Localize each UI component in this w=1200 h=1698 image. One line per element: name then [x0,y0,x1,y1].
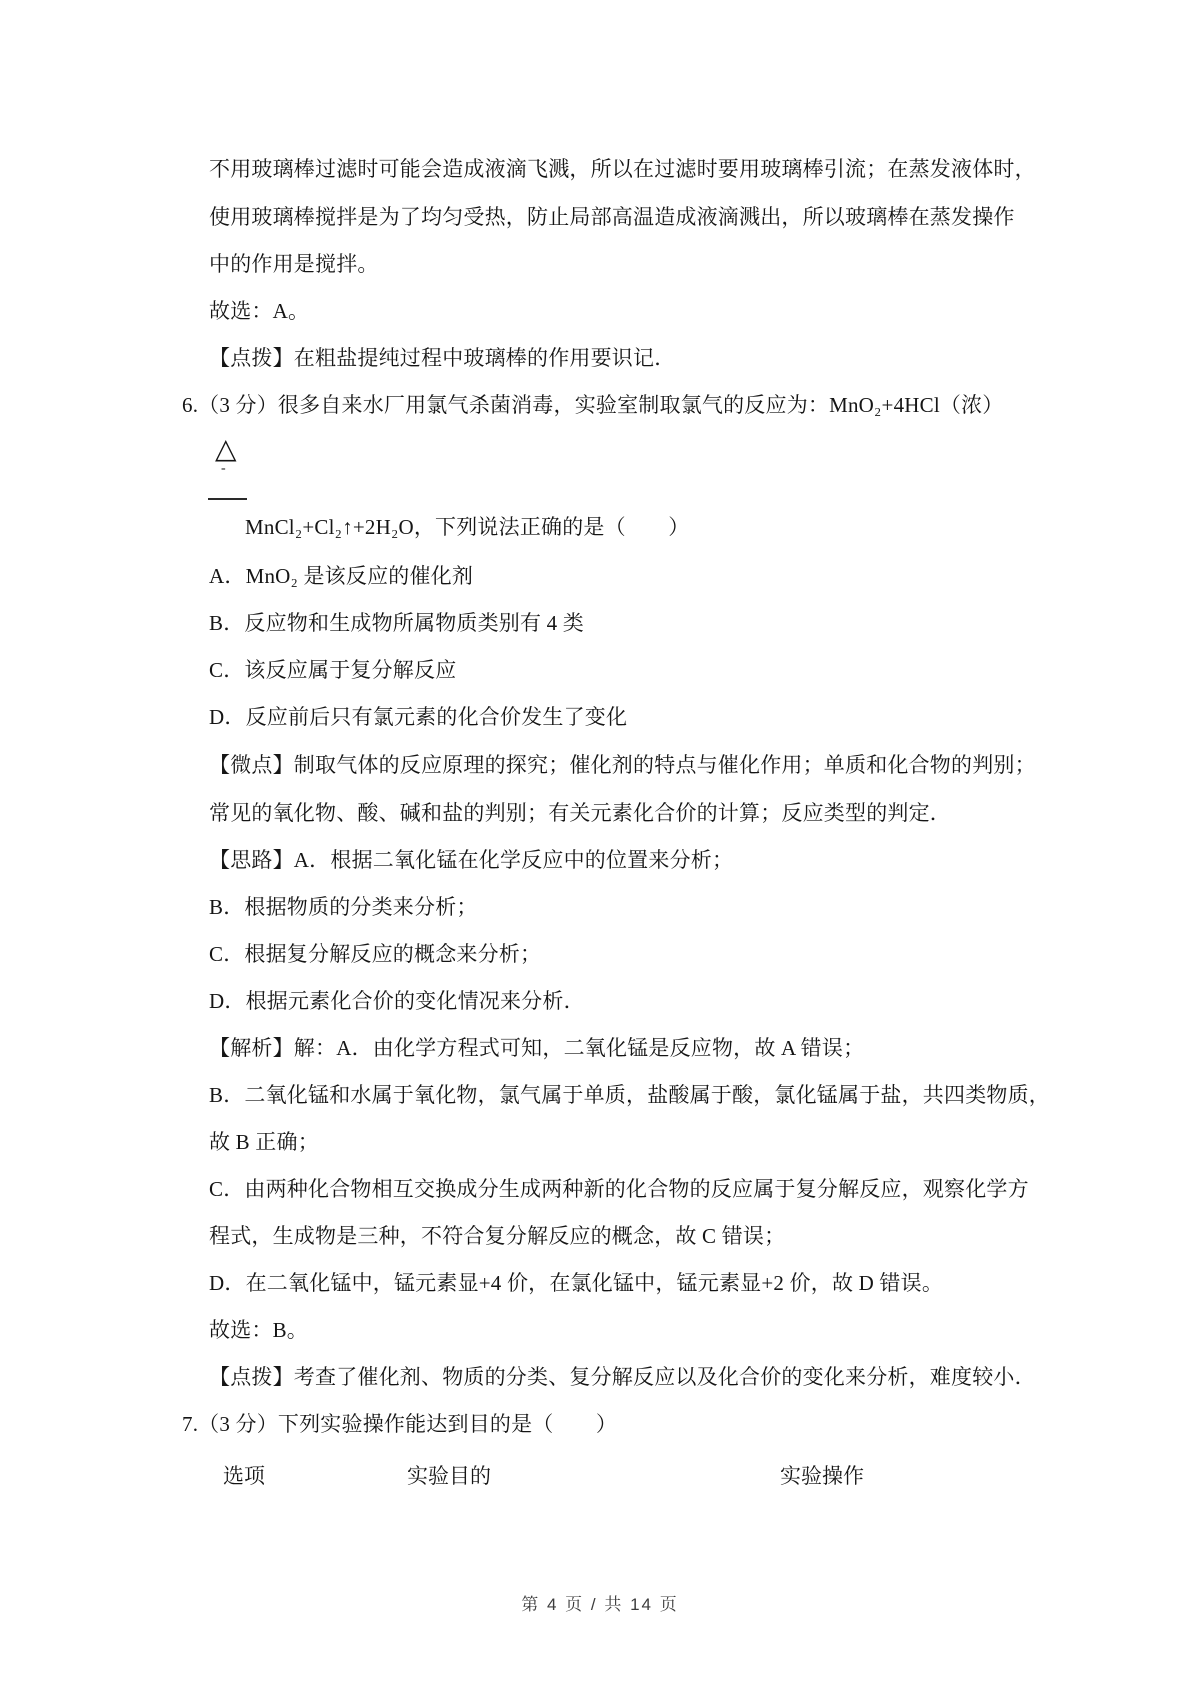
q7-table-header-operation: 实验操作 [780,1453,864,1500]
q6-micro-points-line-2: 常见的氧化物、酸、碱和盐的判别；有关元素化合价的计算；反应类型的判定． [209,790,951,837]
exam-document-page: 不用玻璃棒过滤时可能会造成液滴飞溅，所以在过滤时要用玻璃棒引流；在蒸发液体时， … [0,0,1200,1698]
q6-option-a: A．MnO₂ 是该反应的催化剂 [209,553,473,600]
q6-analysis-line-1: 【解析】解：A．由化学方程式可知，二氧化锰是反应物，故 A 错误； [209,1025,864,1072]
q6-analysis-line-3: 故 B 正确； [209,1119,319,1166]
q6-analysis-line-5: 程式，生成物是三种，不符合复分解反应的概念，故 C 错误； [209,1213,785,1260]
q6-approach-line-4: D．根据元素化合价的变化情况来分析． [209,978,585,1025]
q6-option-d: D．反应前后只有氯元素的化合价发生了变化 [209,694,627,741]
q6-approach-line-2: B．根据物质的分类来分析； [209,884,478,931]
q6-analysis-line-4: C．由两种化合物相互交换成分生成两种新的化合物的反应属于复分解反应，观察化学方 [209,1166,1029,1213]
heating-delta-symbol: △ [215,436,237,464]
q7-stem: 7.（3 分）下列实验操作能达到目的是（ ） [182,1401,617,1448]
q5-explanation-line-3: 中的作用是搅拌。 [209,241,379,288]
q6-stem-line-2: MnCl₂+Cl₂↑+2H₂O，下列说法正确的是（ ） [245,504,689,551]
q6-analysis-line-2: B．二氧化锰和水属于氧化物，氯气属于单质，盐酸属于酸，氯化锰属于盐，共四类物质， [209,1072,1050,1119]
q6-micro-points-line-1: 【微点】制取气体的反应原理的探究；催化剂的特点与催化作用；单质和化合物的判别； [209,742,1036,789]
q5-explanation-line-1: 不用玻璃棒过滤时可能会造成液滴飞溅，所以在过滤时要用玻璃棒引流；在蒸发液体时， [209,146,1036,193]
q6-approach-line-3: C．根据复分解反应的概念来分析； [209,931,541,978]
q6-option-b: B．反应物和生成物所属物质类别有 4 类 [209,600,584,647]
q6-stem-line-1: 6.（3 分）很多自来水厂用氯气杀菌消毒，实验室制取氯气的反应为：MnO₂+4H… [182,382,1004,429]
page-number: 第 4 页 / 共 14 页 [0,1590,1200,1615]
q6-answer-conclusion: 故选：B。 [209,1307,308,1354]
q5-explanation-line-2: 使用玻璃棒搅拌是为了均匀受热，防止局部高温造成液滴溅出，所以玻璃棒在蒸发操作 [209,194,1015,241]
q5-answer-conclusion: 故选：A。 [209,288,309,335]
q6-approach-line-1: 【思路】A．根据二氧化锰在化学反应中的位置来分析； [209,837,733,884]
reaction-arrow-line [208,498,247,500]
q6-analysis-line-6: D．在二氧化锰中，锰元素显+4 价，在氯化锰中，锰元素显+2 价，故 D 错误。 [209,1260,943,1307]
q6-tip: 【点拨】考查了催化剂、物质的分类、复分解反应以及化合价的变化来分析，难度较小． [209,1354,1036,1401]
q6-option-c: C．该反应属于复分解反应 [209,647,456,694]
condition-dash: - [221,462,226,476]
q7-table-header-purpose: 实验目的 [407,1453,491,1500]
q5-tip: 【点拨】在粗盐提纯过程中玻璃棒的作用要识记． [209,335,675,382]
q7-table-header-option: 选项 [223,1453,265,1500]
